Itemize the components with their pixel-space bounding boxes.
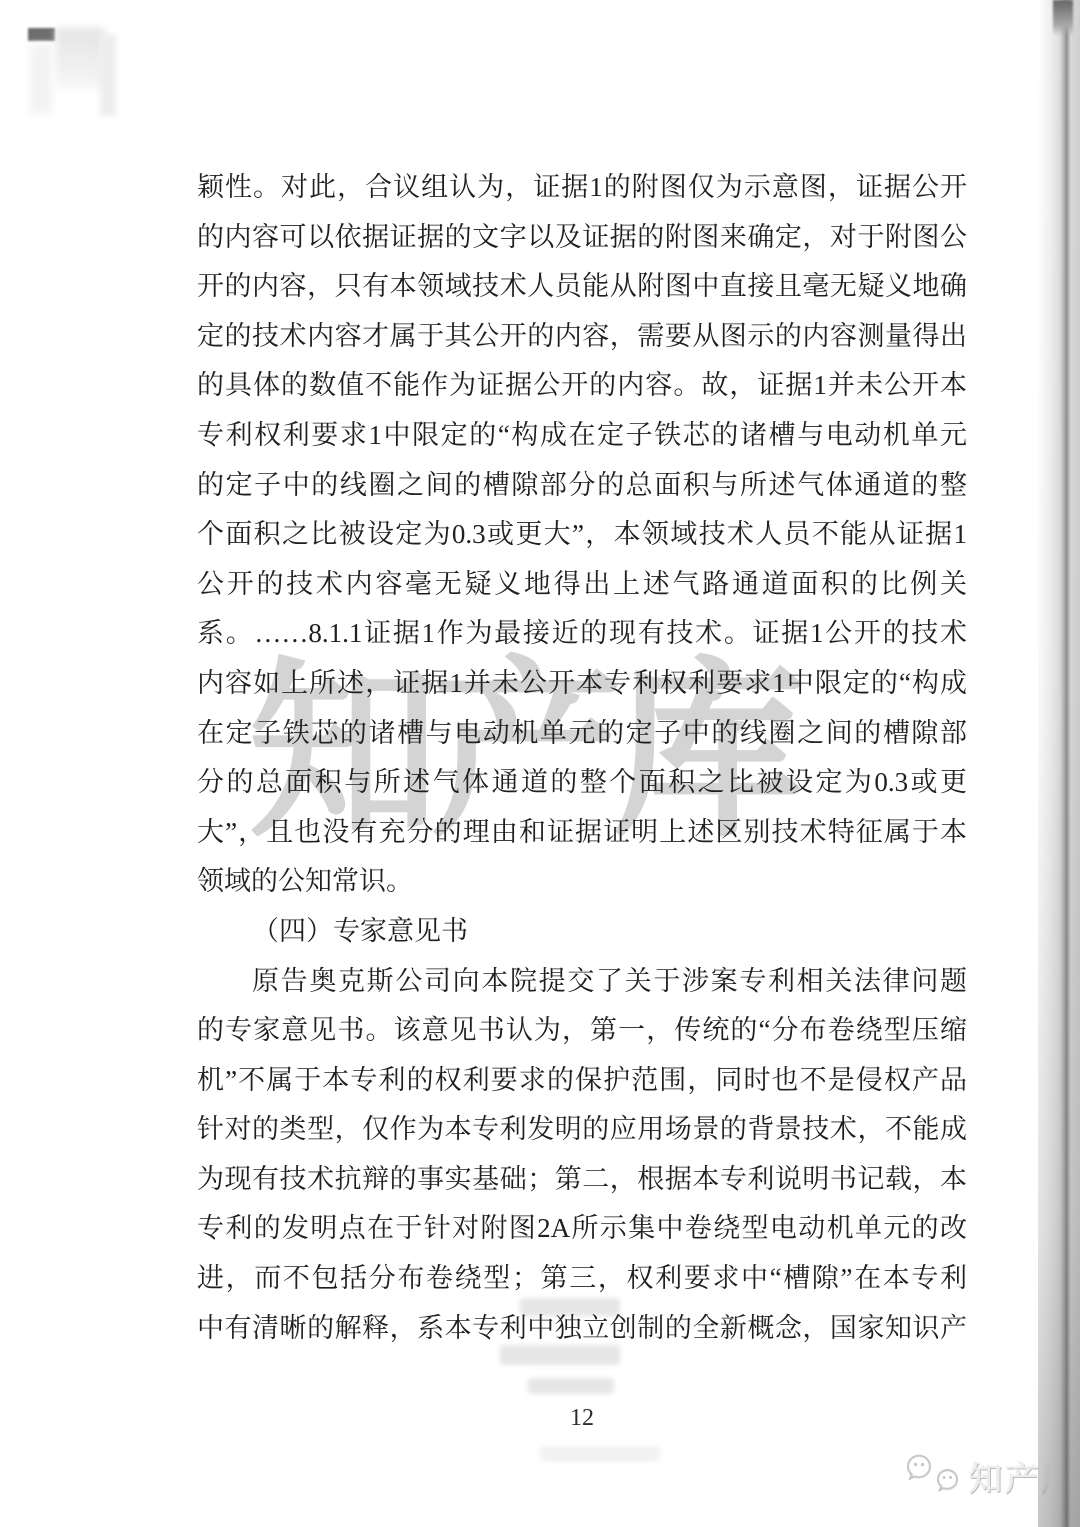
text-line: 公开的技术内容毫无疑义地得出上述气路通道面积的比例关 (197, 560, 967, 610)
text-line: 专利的发明点在于针对附图2A所示集中卷绕型电动机单元的改 (197, 1204, 967, 1254)
bleed-through-mark (528, 1378, 614, 1394)
text-line: 分的总面积与所述气体通道的整个面积之比被设定为0.3或更 (197, 758, 967, 808)
text-line: 的具体的数值不能作为证据公开的内容。故，证据1并未公开本 (197, 361, 967, 411)
text-line: 领域的公知常识。 (197, 857, 967, 907)
text-line: 中有清晰的解释，系本专利中独立创制的全新概念，国家知识产 (197, 1304, 967, 1354)
text-line: 定的技术内容才属于其公开的内容，需要从图示的内容测量得出 (197, 312, 967, 362)
text-line: 专利权利要求1中限定的“构成在定子铁芯的诸槽与电动机单元 (197, 411, 967, 461)
text-line: 颖性。对此，合议组认为，证据1的附图仅为示意图，证据公开 (197, 163, 967, 213)
scan-smudge (28, 28, 55, 41)
text-line: 在定子铁芯的诸槽与电动机单元的定子中的线圈之间的槽隙部 (197, 709, 967, 759)
text-line: 系。……8.1.1证据1作为最接近的现有技术。证据1公开的技术 (197, 609, 967, 659)
scan-smudge (56, 28, 104, 88)
text-line: 个面积之比被设定为0.3或更大”，本领域技术人员不能从证据1 (197, 510, 967, 560)
scan-edge-shadow-overlay (1038, 0, 1080, 1527)
text-line: 为现有技术抗辩的事实基础；第二，根据本专利说明书记载，本 (197, 1155, 967, 1205)
text-line: 开的内容，只有本领域技术人员能从附图中直接且毫无疑义地确 (197, 262, 967, 312)
text-line: 原告奥克斯公司向本院提交了关于涉案专利相关法律问题 (197, 957, 967, 1007)
text-line: 内容如上所述，证据1并未公开本专利权利要求1中限定的“构成 (197, 659, 967, 709)
section-heading: （四）专家意见书 (197, 907, 967, 957)
body-text: 颖性。对此，合议组认为，证据1的附图仅为示意图，证据公开 的内容可以依据证据的文… (197, 163, 967, 1353)
scan-smudge (30, 44, 52, 114)
text-line: 的专家意见书。该意见书认为，第一，传统的“分布卷绕型压缩 (197, 1006, 967, 1056)
text-line: 的内容可以依据证据的文字以及证据的附图来确定，对于附图公 (197, 213, 967, 263)
text-line: 针对的类型，仅作为本专利发明的应用场景的背景技术，不能成 (197, 1105, 967, 1155)
page-number: 12 (197, 1405, 967, 1432)
bleed-through-mark (540, 1446, 660, 1462)
document-page: 知产库 颖性。对此，合议组认为，证据1的附图仅为示意图，证据公开 的内容可以依据… (0, 0, 1080, 1527)
text-line: 进，而不包括分布卷绕型；第三，权利要求中“槽隙”在本专利 (197, 1254, 967, 1304)
wechat-chat-bubbles-icon (905, 1453, 961, 1499)
scan-corner-mark (1053, 0, 1073, 36)
text-line: 大”，且也没有充分的理由和证据证明上述区别技术特征属于本 (197, 808, 967, 858)
text-line: 机”不属于本专利的权利要求的保护范围，同时也不是侵权产品 (197, 1056, 967, 1106)
text-line: 的定子中的线圈之间的槽隙部分的总面积与所述气体通道的整 (197, 461, 967, 511)
scan-smudge (100, 34, 116, 116)
